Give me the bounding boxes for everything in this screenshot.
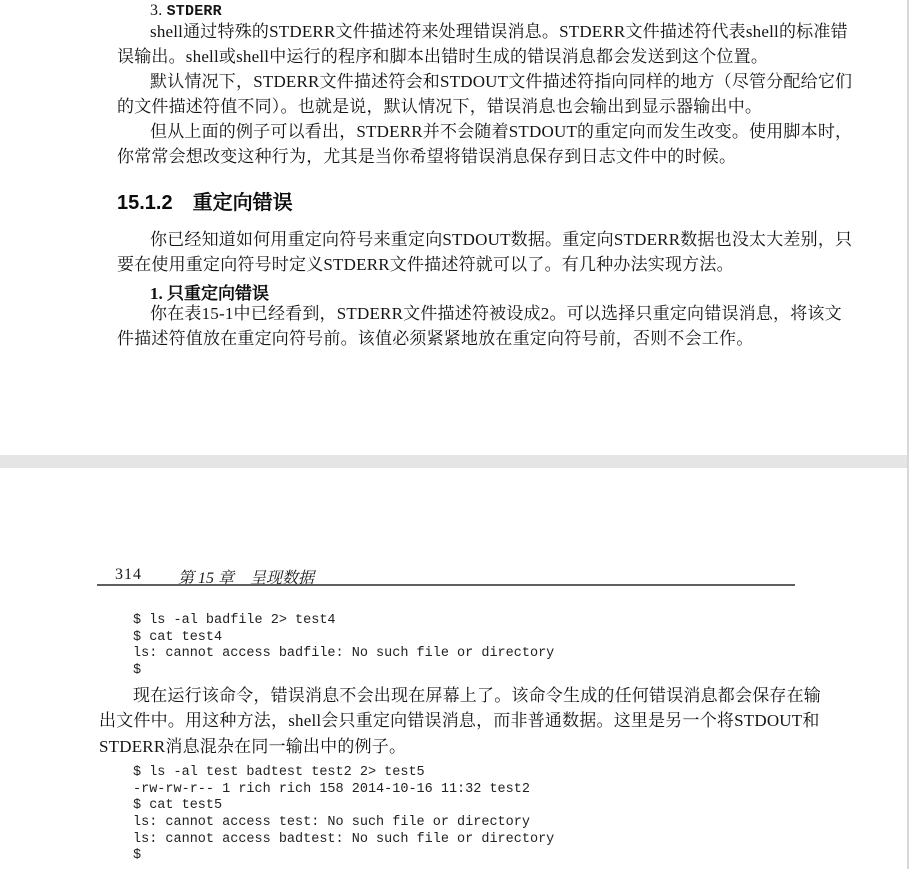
paragraph-line: 你常常会想改变这种行为，尤其是当你希望将错误消息保存到日志文件中的时候。 (117, 146, 736, 167)
code-line: ls: cannot access badfile: No such file … (133, 647, 554, 661)
header-rule (97, 584, 795, 586)
paragraph-line: 但从上面的例子可以看出，STDERR并不会随着STDOUT的重定向而发生改变。使… (150, 121, 852, 142)
paragraph-line: 误输出。shell或shell中运行的程序和脚本出错时生成的错误消息都会发送到这… (117, 46, 768, 67)
paragraph-line: 默认情况下，STDERR文件描述符会和STDOUT文件描述符指向同样的地方（尽管… (150, 71, 852, 92)
code-line: ls: cannot access badtest: No such file … (133, 833, 554, 847)
paragraph-line: STDERR消息混杂在同一输出中的例子。 (99, 736, 406, 757)
code-line: $ (133, 664, 141, 678)
paragraph-line: 现在运行该命令，错误消息不会出现在屏幕上了。该命令生成的任何错误消息都会保存在输 (133, 685, 821, 706)
code-line: $ ls -al test badtest test2 2> test5 (133, 766, 425, 780)
code-line: $ cat test5 (133, 799, 222, 813)
code-line: $ (133, 849, 141, 863)
code-line: $ ls -al badfile 2> test4 (133, 614, 336, 628)
paragraph-line: 件描述符值放在重定向符号前。该值必须紧紧地放在重定向符号前，否则不会工作。 (117, 328, 753, 349)
section-heading-15-1-2: 15.1.2 重定向错误 (117, 186, 293, 215)
code-line: $ cat test4 (133, 631, 222, 645)
item-3-code-label: STDERR (167, 3, 222, 20)
paragraph-line: shell通过特殊的STDERR文件描述符来处理错误消息。STDERR文件描述符… (150, 21, 848, 42)
code-line: ls: cannot access test: No such file or … (133, 816, 530, 830)
paragraph-line: 你已经知道如何用重定向符号来重定向STDOUT数据。重定向STDERR数据也没太… (150, 229, 852, 250)
code-line: -rw-rw-r-- 1 rich rich 158 2014-10-16 11… (133, 783, 530, 797)
item-3-number: 3. (150, 2, 167, 19)
document-viewer: 3. STDERR shell通过特殊的STDERR文件描述符来处理错误消息。S… (0, 0, 913, 869)
paragraph-line: 要在使用重定向符号时定义STDERR文件描述符就可以了。有几种办法实现方法。 (117, 254, 734, 275)
page-edge-line (907, 0, 909, 869)
page-gap-separator (0, 455, 909, 468)
item-3-heading: 3. STDERR (150, 0, 222, 22)
item-1-heading: 1. 只重定向错误 (150, 279, 269, 304)
paragraph-line: 的文件描述符值不同）。也就是说，默认情况下，错误消息也会输出到显示器输出中。 (117, 96, 762, 117)
paragraph-line: 出文件中。用这种方法，shell会只重定向错误消息，而非普通数据。这里是另一个将… (99, 710, 820, 731)
page-number: 314 (115, 566, 142, 584)
paragraph-line: 你在表15-1中已经看到，STDERR文件描述符被设成2。可以选择只重定向错误消… (150, 303, 842, 324)
